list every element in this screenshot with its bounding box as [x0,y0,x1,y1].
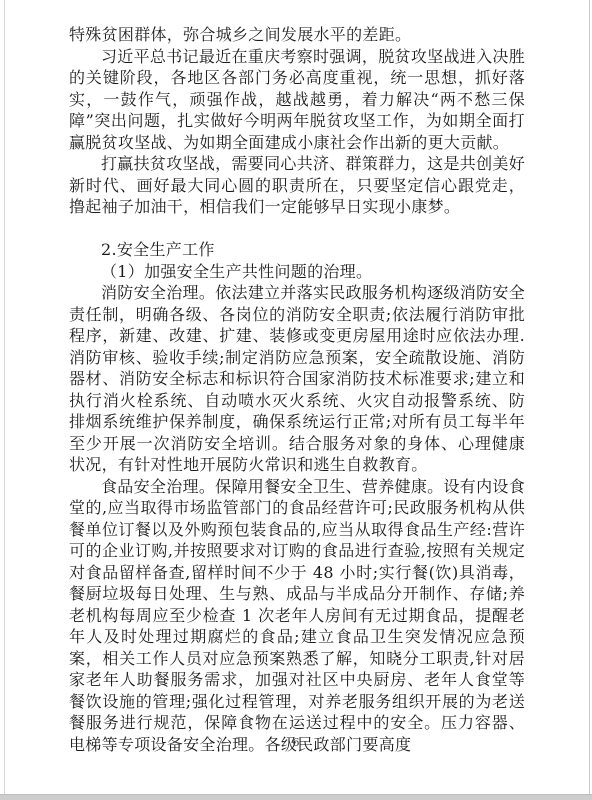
paragraph-continuation: 特殊贫困群体，弥合城乡之间发展水平的差距。 [69,24,525,46]
document-body: 特殊贫困群体，弥合城乡之间发展水平的差距。 习近平总书记最近在重庆考察时强调，脱… [69,24,525,755]
page-number: 6 [0,736,592,750]
paragraph-food-safety: 食品安全治理。保障用餐安全卫生、营养健康。设有内设食堂的,应当取得市场监管部门的… [69,476,525,756]
document-page: { "page": { "number": "6" }, "content": … [0,0,592,800]
paragraph-leader-speech: 习近平总书记最近在重庆考察时强调，脱贫攻坚战进入决胜的关键阶段，各地区各部门务必… [69,46,525,154]
paragraph-fire-safety: 消防安全治理。依法建立并落实民政服务机构逐级消防安全责任制，明确各级、各岗位的消… [69,282,525,476]
blank-line-spacer [69,218,525,240]
page-left-edge [4,0,5,794]
section-heading-work-safety: 2.安全生产工作 [69,239,525,261]
subsection-heading-common-issues: （1）加强安全生产共性问题的治理。 [69,261,525,283]
page-right-edge [589,0,590,794]
page-bottom-edge [0,794,592,800]
paragraph-poverty-conclusion: 打赢扶贫攻坚战，需要同心共济、群策群力，这是共创美好新时代、画好最大同心圆的职责… [69,153,525,218]
